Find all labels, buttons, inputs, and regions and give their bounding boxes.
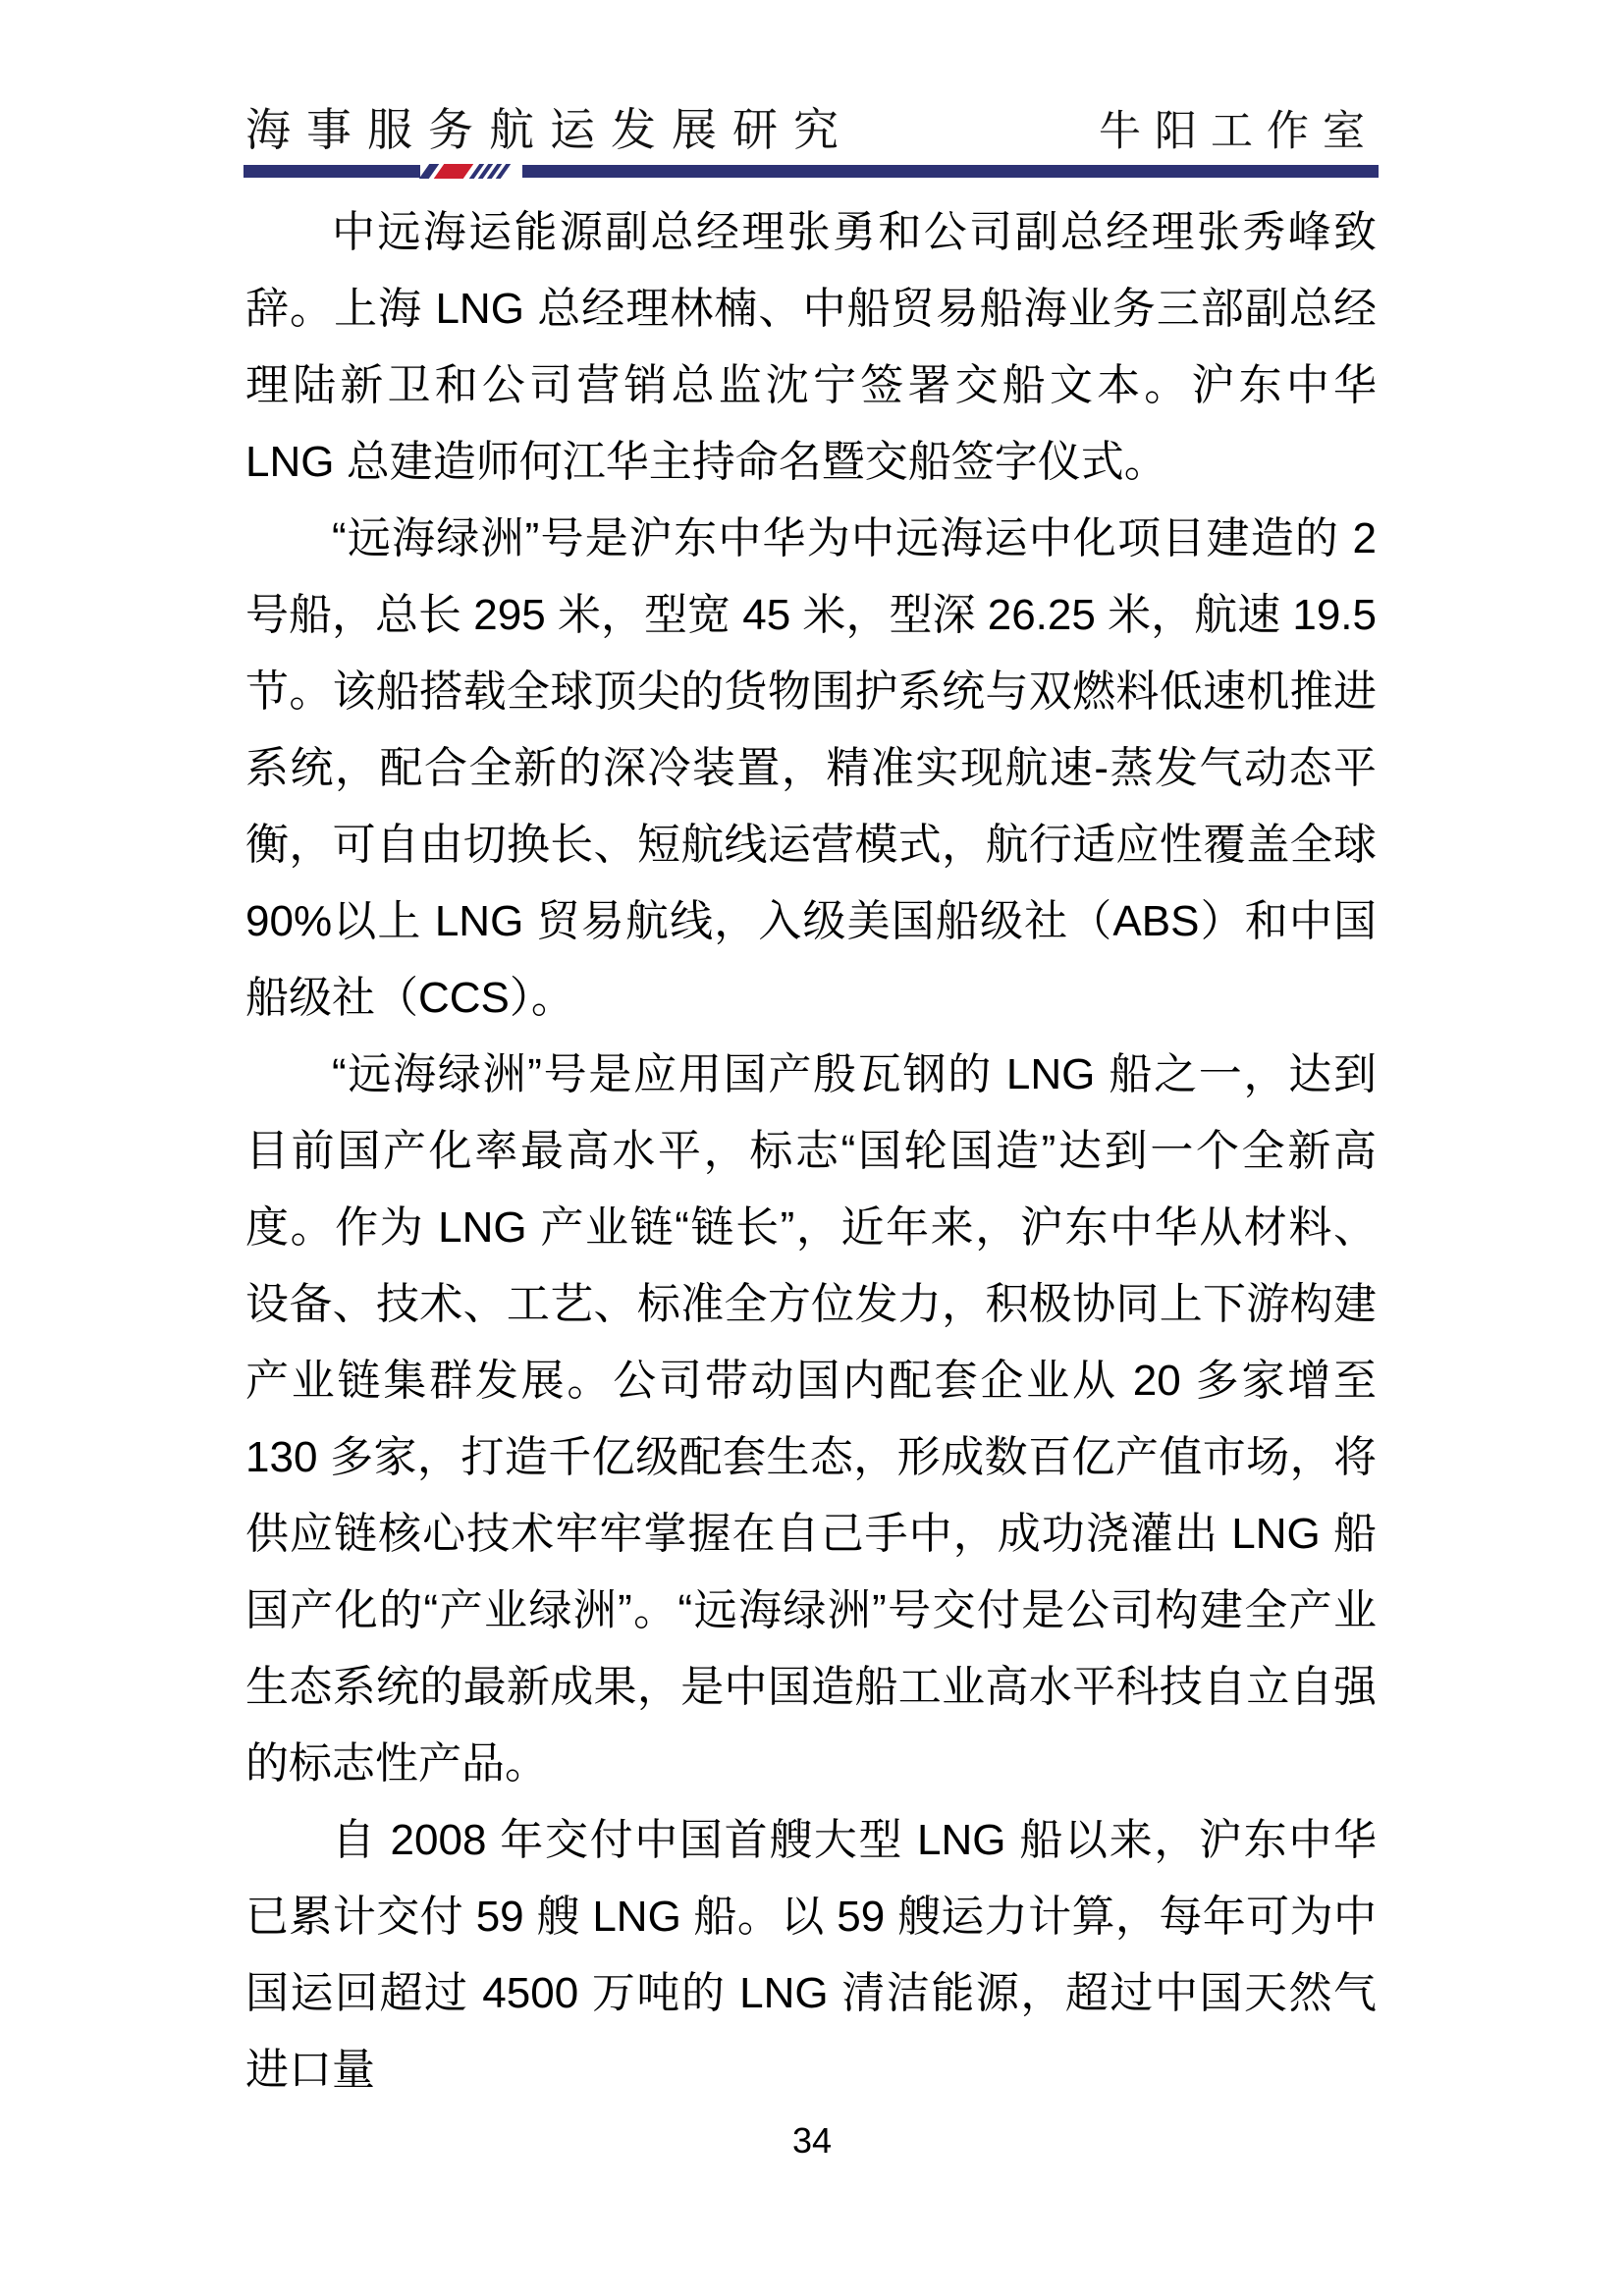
paragraph: “远海绿洲”号是沪东中华为中远海运中化项目建造的 2 号船，总长 295 米，型… bbox=[245, 501, 1377, 1037]
header-right-title: 牛阳工作室 bbox=[1099, 98, 1379, 158]
paragraph: “远海绿洲”号是应用国产殷瓦钢的 LNG 船之一，达到目前国产化率最高水平，标志… bbox=[245, 1037, 1377, 1802]
document-body: 中远海运能源副总经理张勇和公司副总经理张秀峰致辞。上海 LNG 总经理林楠、中船… bbox=[245, 194, 1377, 2109]
document-page: 海事服务航运发展研究 牛阳工作室 中远海运能源副总经理张勇和公司副总经理张秀峰致… bbox=[0, 0, 1624, 2296]
paragraph: 自 2008 年交付中国首艘大型 LNG 船以来，沪东中华已累计交付 59 艘 … bbox=[245, 1802, 1377, 2109]
divider-accent-decoration bbox=[420, 164, 522, 179]
header-left-title: 海事服务航运发展研究 bbox=[245, 94, 854, 159]
divider-red-stripe bbox=[434, 164, 474, 179]
paragraph: 中远海运能源副总经理张勇和公司副总经理张秀峰致辞。上海 LNG 总经理林楠、中船… bbox=[245, 194, 1377, 501]
header-divider-rule bbox=[244, 165, 1379, 178]
page-number: 34 bbox=[0, 2120, 1624, 2162]
